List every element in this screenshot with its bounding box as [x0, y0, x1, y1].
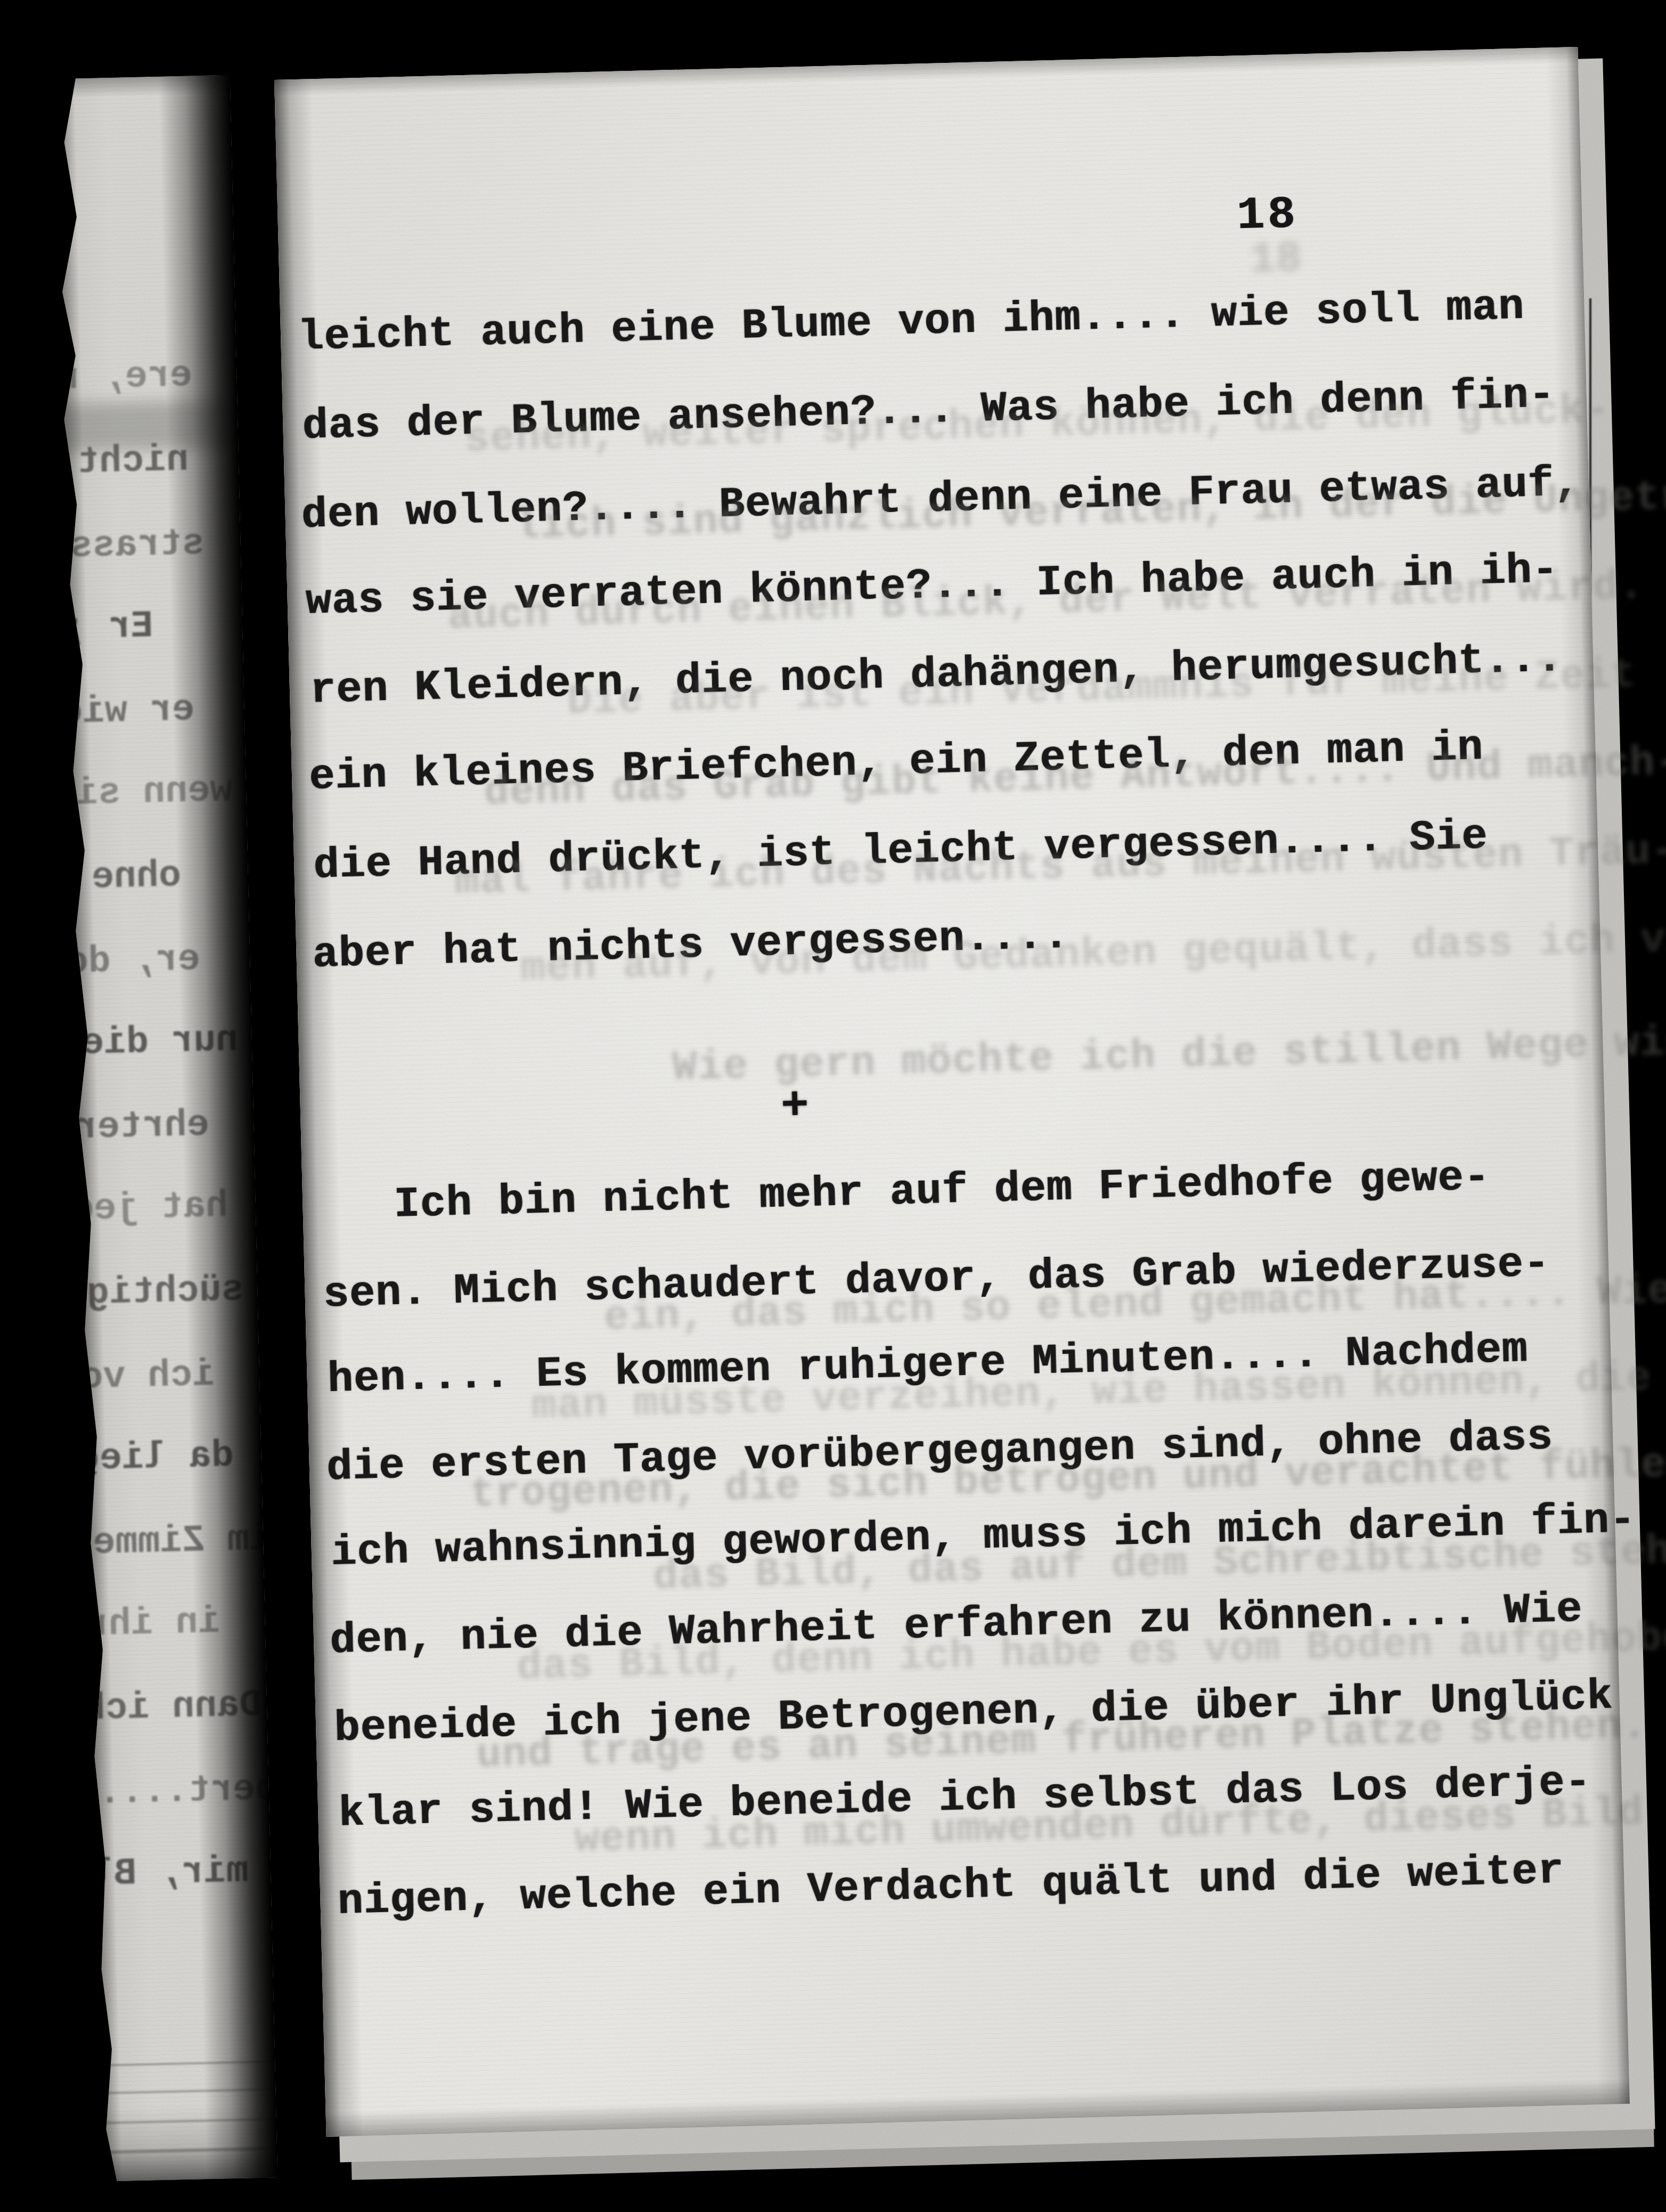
- strip-fragment: Dann ich: [83, 1685, 263, 1731]
- page-number-ghost: 18: [1249, 234, 1303, 284]
- text-line: nigen, welche ein Verdacht quält und die…: [337, 1846, 1564, 1928]
- strip-fragment: er wie: [60, 689, 195, 734]
- strip-fragment: im Zimme: [93, 1518, 273, 1565]
- paper-crease: [99, 2088, 276, 2094]
- paper-crease: [100, 2118, 276, 2124]
- paper-crease: [99, 2061, 275, 2067]
- smudge-mark: [61, 400, 239, 452]
- text-line: Ich bin nicht mehr auf dem Friedhofe gew…: [393, 1152, 1490, 1231]
- strip-fragment: hat jed: [71, 1185, 228, 1231]
- paper-crease: [100, 2146, 277, 2154]
- ghost-text-line: Wie gern möchte ich die stillen Wege wis…: [672, 1014, 1666, 1092]
- strip-fragment: nur die: [81, 1020, 239, 1066]
- strip-fragment: er, do: [66, 939, 201, 984]
- strip-fragment: bert....: [98, 1768, 278, 1815]
- strip-fragment: süchtig: [87, 1269, 244, 1315]
- typescript-page: 18 18 + leicht auch eine Blume von ihm..…: [274, 47, 1630, 2137]
- strip-fragment: strass: [70, 523, 205, 568]
- strip-fragment: da lieg: [77, 1435, 234, 1481]
- text-line: leicht auch eine Blume von ihm.... wie s…: [297, 282, 1525, 364]
- strip-fragment: wenn si: [76, 770, 233, 816]
